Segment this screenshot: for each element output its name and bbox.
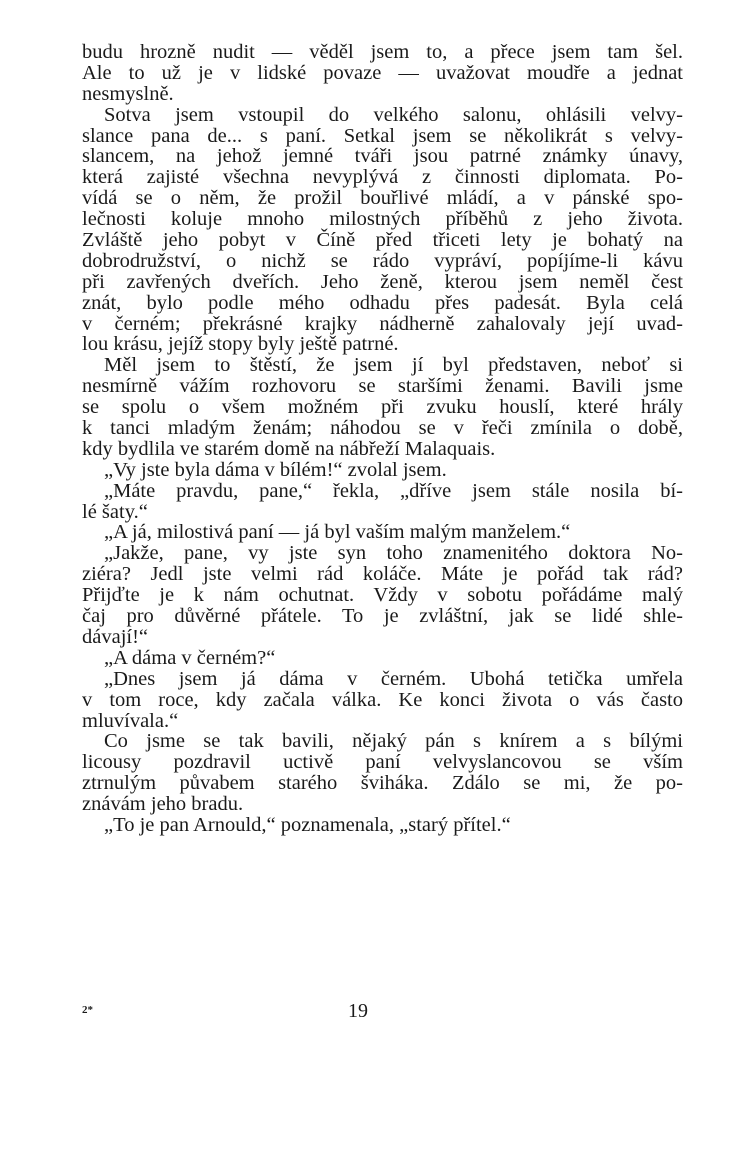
text-line: slance pana de... s paní. Setkal jsem se… <box>82 126 683 147</box>
book-page-text: budu hrozně nudit — věděl jsem to, a pře… <box>82 42 683 836</box>
text-line: „Vy jste byla dáma v bílém!“ zvolal jsem… <box>82 460 683 481</box>
text-line: kdy bydlila ve starém domě na nábřeží Ma… <box>82 439 683 460</box>
text-line: Sotva jsem vstoupil do velkého salonu, o… <box>82 105 683 126</box>
text-line: nesmyslně. <box>82 84 683 105</box>
text-line: nesmírně vážím rozhovoru se staršími žen… <box>82 376 683 397</box>
text-line: „Jakže, pane, vy jste syn toho znamenité… <box>82 543 683 564</box>
text-line: dávají!“ <box>82 627 683 648</box>
text-line: Přijďte je k nám ochutnat. Vždy v sobotu… <box>82 585 683 606</box>
text-line: mluvívala.“ <box>82 711 683 732</box>
text-line: při zavřených dveřích. Jeho ženě, kterou… <box>82 272 683 293</box>
text-line: dobrodružství, o nichž se rádo vypráví, … <box>82 251 683 272</box>
text-line: Co jsme se tak bavili, nějaký pán s knír… <box>82 731 683 752</box>
text-line: která zajisté všechna nevyplývá z činnos… <box>82 167 683 188</box>
text-line: budu hrozně nudit — věděl jsem to, a pře… <box>82 42 683 63</box>
text-line: ztrnulým půvabem starého šviháka. Zdálo … <box>82 773 683 794</box>
text-line: ziéra? Jedl jste velmi rád koláče. Máte … <box>82 564 683 585</box>
text-line: lečnosti koluje mnoho milostných příběhů… <box>82 209 683 230</box>
text-line: „Dnes jsem já dáma v černém. Ubohá tetič… <box>82 669 683 690</box>
text-line: lé šaty.“ <box>82 502 683 523</box>
text-line: slancem, na jehož jemné tváři jsou patrn… <box>82 146 683 167</box>
text-line: čaj pro důvěrné přátele. To je zvláštní,… <box>82 606 683 627</box>
text-line: k tanci mladým ženám; náhodou se v řeči … <box>82 418 683 439</box>
text-line: licousy pozdravil uctivě paní velvyslanc… <box>82 752 683 773</box>
text-line: „To je pan Arnould,“ poznamenala, „starý… <box>82 815 683 836</box>
text-line: vídá se o něm, že prožil bouřlivé mládí,… <box>82 188 683 209</box>
text-line: se spolu o všem možném při zvuku houslí,… <box>82 397 683 418</box>
page-number: 19 <box>348 1000 368 1023</box>
text-line: lou krásu, jejíž stopy byly ještě patrné… <box>82 334 683 355</box>
text-line: v tom roce, kdy začala válka. Ke konci ž… <box>82 690 683 711</box>
text-line: Měl jsem to štěstí, že jsem jí byl předs… <box>82 355 683 376</box>
text-line: Zvláště jeho pobyt v Číně před třiceti l… <box>82 230 683 251</box>
printer-signature-mark: 2* <box>82 1004 93 1016</box>
text-line: „A já, milostivá paní — já byl vaším mal… <box>82 522 683 543</box>
text-line: znát, bylo podle mého odhadu přes padesá… <box>82 293 683 314</box>
page-footer: 2* 19 <box>82 1000 683 1026</box>
text-line: znávám jeho bradu. <box>82 794 683 815</box>
text-line: „Máte pravdu, pane,“ řekla, „dříve jsem … <box>82 481 683 502</box>
text-line: „A dáma v černém?“ <box>82 648 683 669</box>
text-line: Ale to už je v lidské povaze — uvažovat … <box>82 63 683 84</box>
text-line: v černém; překrásné krajky nádherně zaha… <box>82 314 683 335</box>
